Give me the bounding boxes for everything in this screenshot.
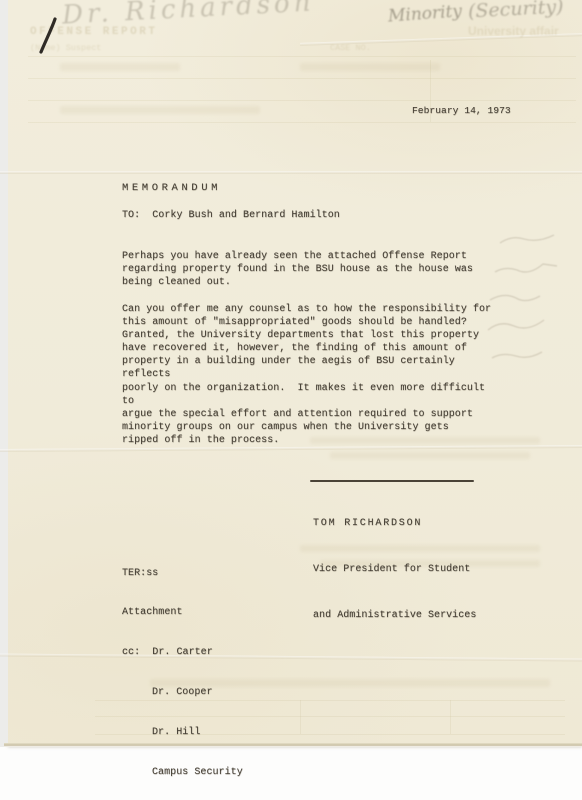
cc-line: cc: Dr. Carter bbox=[122, 646, 243, 659]
memo-date: February 14, 1973 bbox=[412, 104, 511, 117]
cc-item: Dr. Carter bbox=[152, 647, 213, 658]
cc-item: Dr. Cooper bbox=[122, 686, 243, 699]
cc-label: cc: bbox=[122, 647, 140, 658]
signer-name: TOM RICHARDSON bbox=[313, 516, 476, 531]
bleedthrough-case-no: CASE NO. bbox=[330, 43, 371, 53]
bleedthrough-right-corner: University affair bbox=[468, 24, 559, 38]
memo-paragraph-2: Can you offer me any counsel as to how t… bbox=[122, 303, 502, 447]
bleedthrough-form-field: (Name) Suspect bbox=[30, 43, 101, 53]
memo-footer: TER:ss Attachment cc: Dr. Carter Dr. Coo… bbox=[122, 540, 243, 800]
signature-rule bbox=[310, 480, 474, 482]
cc-item: Campus Security bbox=[122, 766, 243, 779]
signer-title-line-1: Vice President for Student bbox=[313, 562, 476, 577]
memo-to-line: TO: Corky Bush and Bernard Hamilton bbox=[122, 209, 340, 222]
attachment-note: Attachment bbox=[122, 606, 243, 619]
scanned-memo-document: OFFENSE REPORT (Name) Suspect CASE NO. U… bbox=[0, 0, 582, 800]
cc-item: Dr. Hill bbox=[122, 726, 243, 739]
reference-initials: TER:ss bbox=[122, 567, 243, 580]
memo-paragraph-1: Perhaps you have already seen the attach… bbox=[122, 250, 492, 289]
paper-bottom-edge bbox=[4, 743, 582, 747]
signature-block: TOM RICHARDSON Vice President for Studen… bbox=[313, 485, 476, 654]
signer-title-line-2: and Administrative Services bbox=[313, 608, 476, 623]
memo-title: MEMORANDUM bbox=[122, 182, 221, 195]
scanner-edge-strip bbox=[0, 0, 8, 747]
